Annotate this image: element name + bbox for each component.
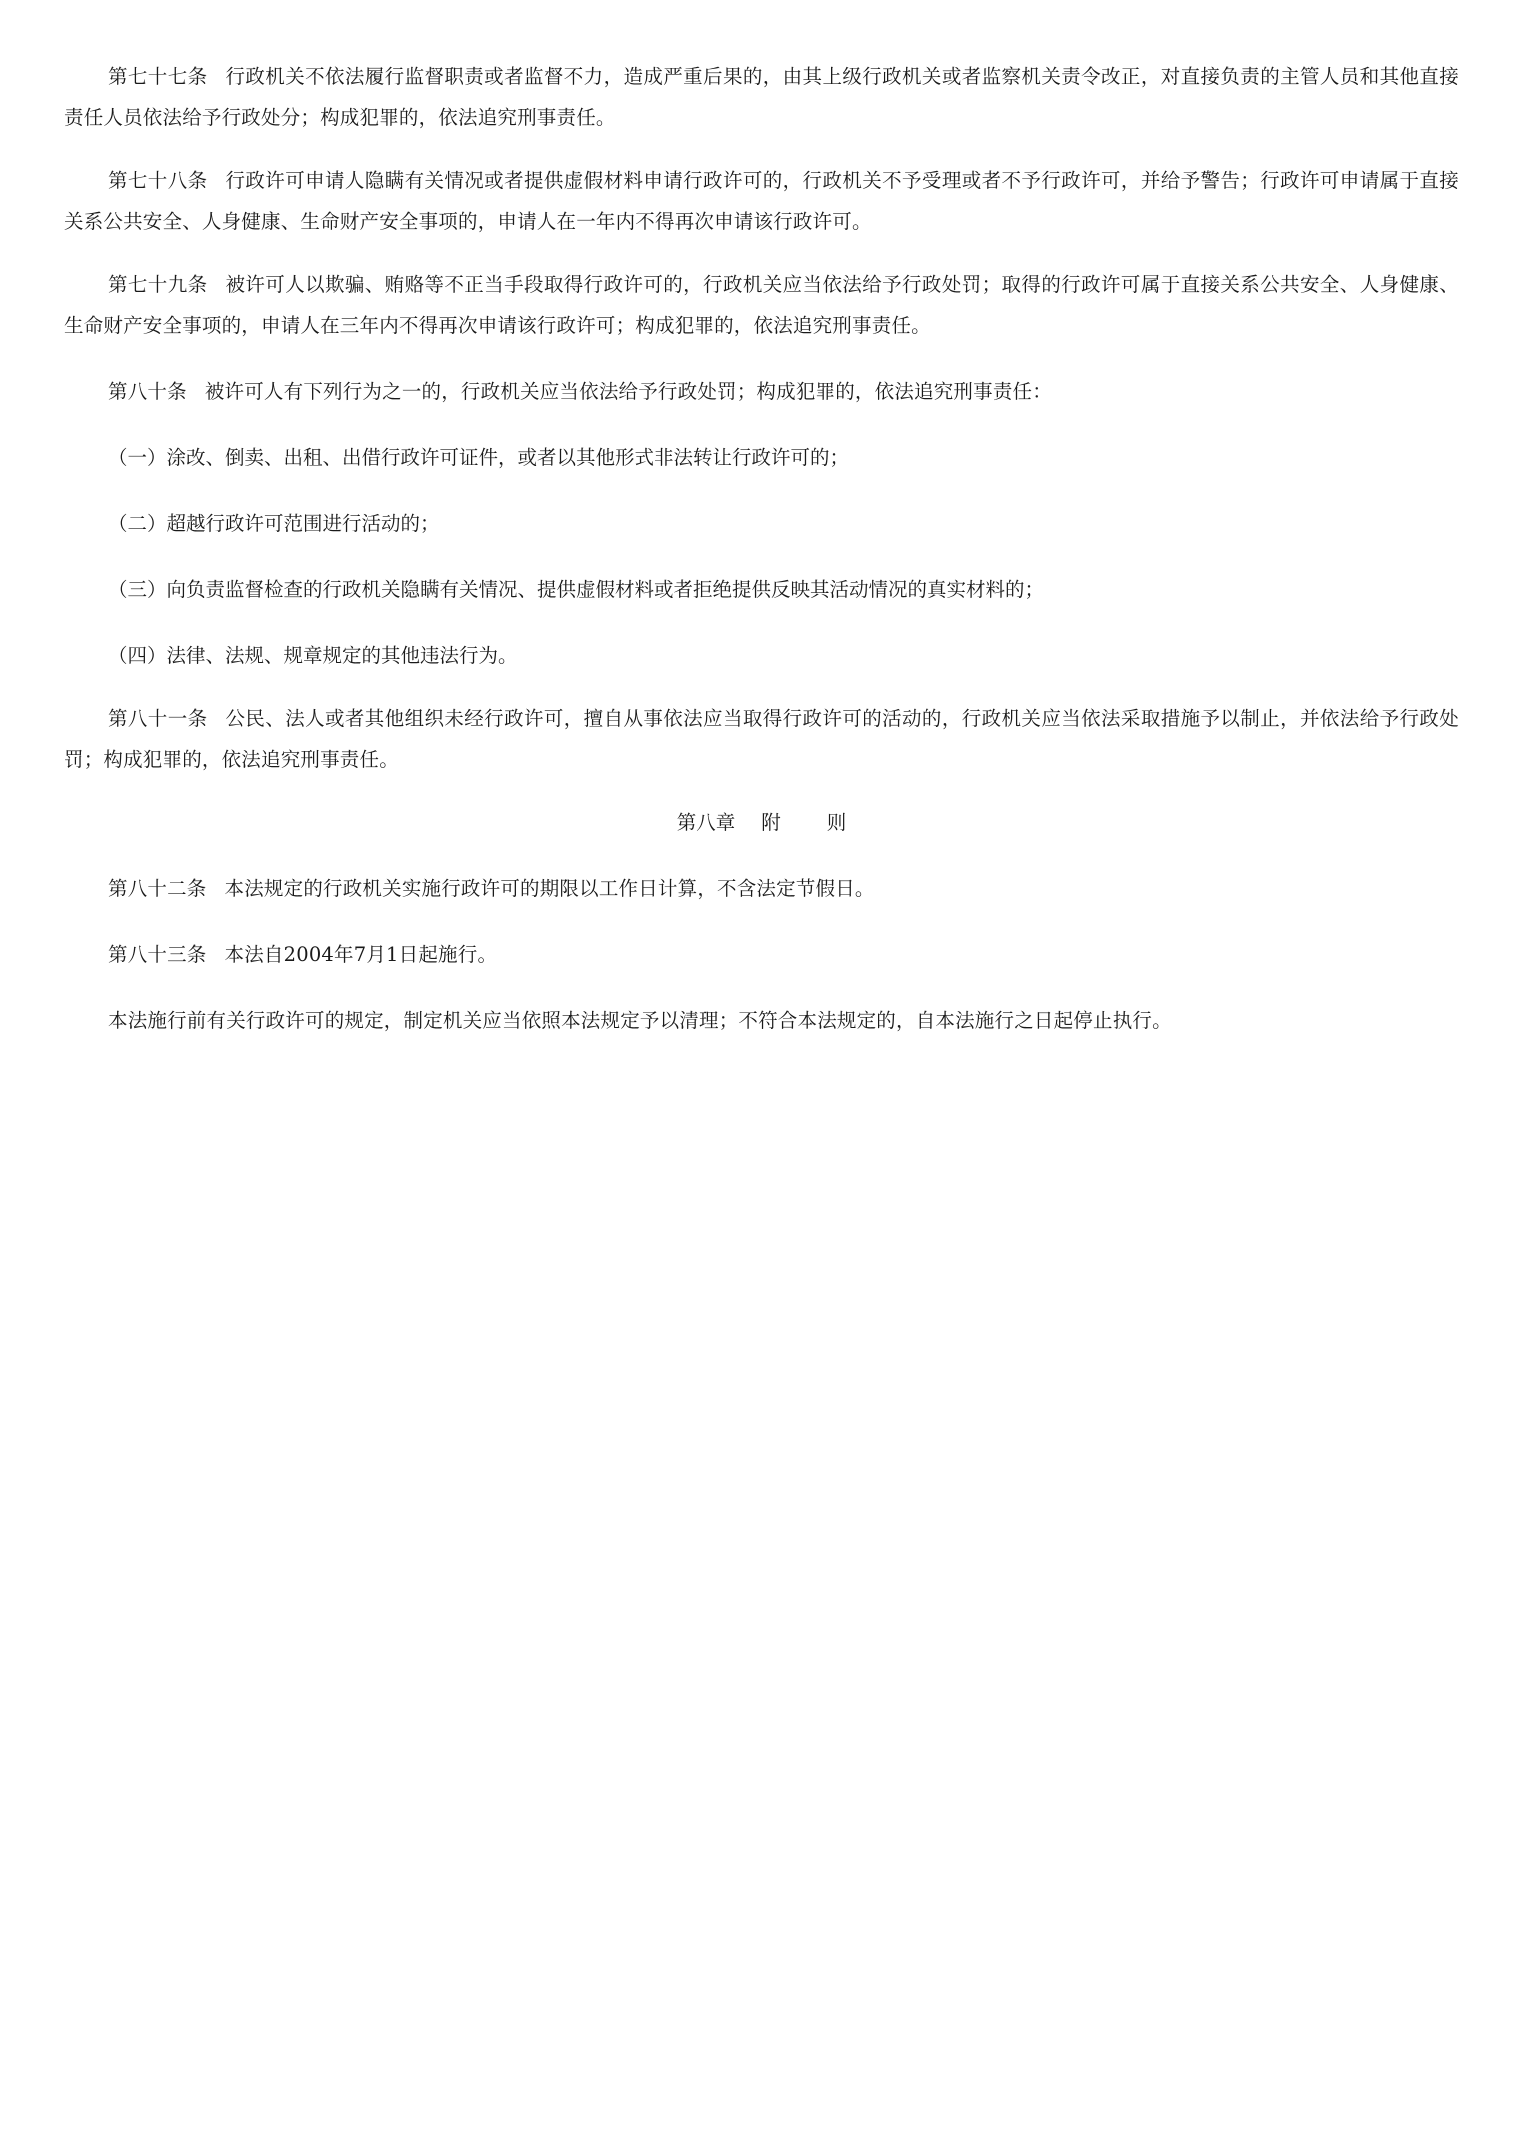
article-number: 第八十一条 bbox=[108, 707, 208, 730]
final-paragraph: 本法施行前有关行政许可的规定，制定机关应当依照本法规定予以清理；不符合本法规定的… bbox=[64, 1000, 1459, 1041]
article-text: 公民、法人或者其他组织未经行政许可，擅自从事依法应当取得行政许可的活动的，行政机… bbox=[64, 707, 1459, 771]
article-number: 第七十七条 bbox=[108, 65, 208, 88]
article-number: 第八十条 bbox=[108, 380, 187, 403]
chapter-heading: 第八章附则 bbox=[64, 802, 1459, 843]
article-number: 第八十三条 bbox=[108, 943, 207, 966]
article-text: 本法规定的行政机关实施行政许可的期限以工作日计算，不含法定节假日。 bbox=[225, 877, 875, 900]
article-80: 第八十条被许可人有下列行为之一的，行政机关应当依法给予行政处罚；构成犯罪的，依法… bbox=[64, 371, 1459, 412]
chapter-number: 第八章 bbox=[677, 811, 736, 834]
list-item: （四）法律、法规、规章规定的其他违法行为。 bbox=[108, 635, 518, 676]
chapter-title-part1: 附 bbox=[761, 811, 781, 834]
article-text: 本法自2004年7月1日起施行。 bbox=[225, 943, 498, 966]
article-number: 第七十八条 bbox=[108, 169, 208, 192]
article-82: 第八十二条本法规定的行政机关实施行政许可的期限以工作日计算，不含法定节假日。 bbox=[64, 868, 1459, 909]
article-text: 被许可人有下列行为之一的，行政机关应当依法给予行政处罚；构成犯罪的，依法追究刑事… bbox=[205, 380, 1052, 403]
article-text: 行政机关不依法履行监督职责或者监督不力，造成严重后果的，由其上级行政机关或者监察… bbox=[64, 65, 1459, 129]
article-78: 第七十八条行政许可申请人隐瞒有关情况或者提供虚假材料申请行政许可的，行政机关不予… bbox=[64, 160, 1459, 242]
article-77: 第七十七条行政机关不依法履行监督职责或者监督不力，造成严重后果的，由其上级行政机… bbox=[64, 56, 1459, 138]
article-83: 第八十三条本法自2004年7月1日起施行。 bbox=[64, 934, 1459, 975]
article-79: 第七十九条被许可人以欺骗、贿赂等不正当手段取得行政许可的，行政机关应当依法给予行… bbox=[64, 264, 1459, 346]
article-text: 被许可人以欺骗、贿赂等不正当手段取得行政许可的，行政机关应当依法给予行政处罚；取… bbox=[64, 273, 1459, 337]
list-item: （二）超越行政许可范围进行活动的； bbox=[108, 503, 440, 544]
article-number: 第七十九条 bbox=[108, 273, 208, 296]
article-81: 第八十一条公民、法人或者其他组织未经行政许可，擅自从事依法应当取得行政许可的活动… bbox=[64, 698, 1459, 780]
chapter-title-part2: 则 bbox=[827, 811, 847, 834]
article-text: 行政许可申请人隐瞒有关情况或者提供虚假材料申请行政许可的，行政机关不予受理或者不… bbox=[64, 169, 1459, 233]
list-item: （一）涂改、倒卖、出租、出借行政许可证件，或者以其他形式非法转让行政许可的； bbox=[108, 437, 849, 478]
list-item: （三）向负责监督检查的行政机关隐瞒有关情况、提供虚假材料或者拒绝提供反映其活动情… bbox=[108, 569, 1044, 610]
article-number: 第八十二条 bbox=[108, 877, 207, 900]
